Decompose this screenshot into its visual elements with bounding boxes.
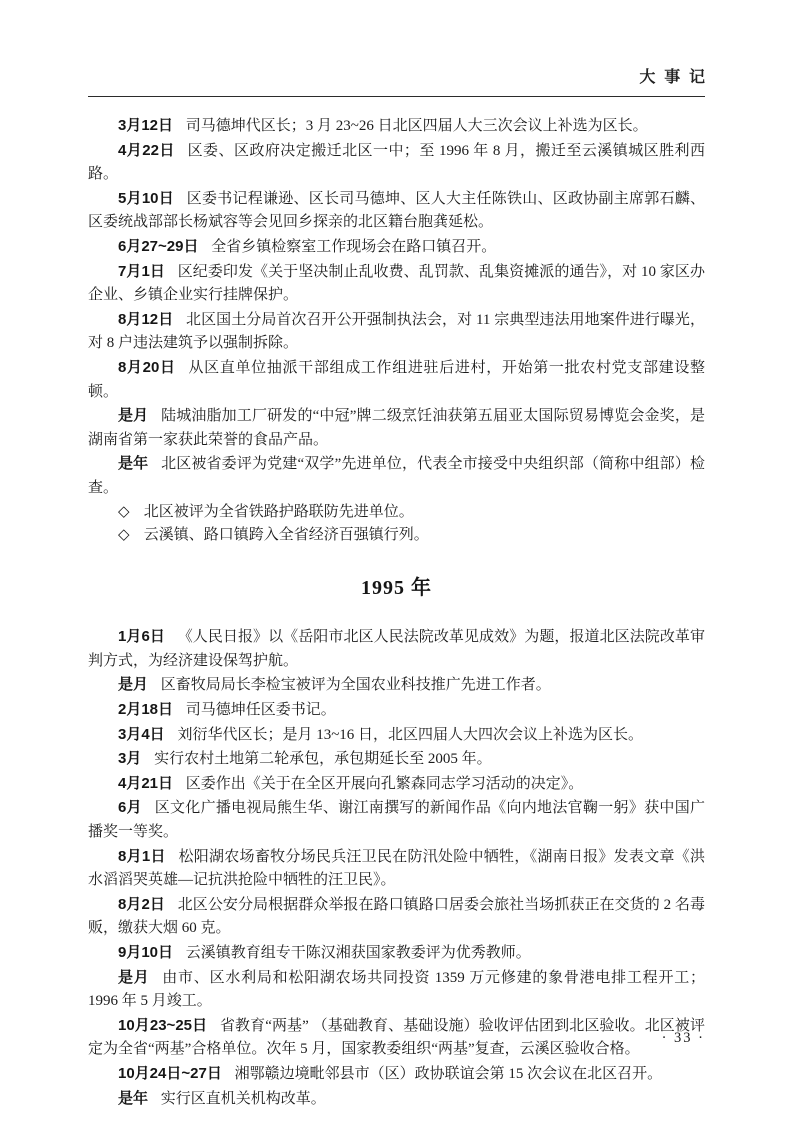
- entry-text: 区畜牧局局长李检宝被评为全国农业科技推广先进工作者。: [161, 677, 551, 693]
- entry-date-label: 是月: [118, 407, 148, 424]
- page-header: 大事记: [88, 64, 705, 97]
- chronicle-entry: 1月6日《人民日报》以《岳阳市北区人民法院改革见成效》为题，报道北区法院改革审判…: [88, 625, 705, 673]
- diamond-bullet: ◇: [118, 504, 130, 520]
- entry-text: 全省乡镇检察室工作现场会在路口镇召开。: [211, 239, 496, 255]
- entry-text: 司马德坤任区委书记。: [186, 702, 336, 718]
- chronicle-entry: 8月2日北区公安分局根据群众举报在路口镇路口居委会旅社当场抓获正在交货的 2 名…: [88, 893, 705, 941]
- entry-text: 湘鄂赣边境毗邻县市（区）政协联谊会第 15 次会议在北区召开。: [235, 1066, 663, 1082]
- entry-date-label: 4月21日: [118, 775, 173, 792]
- chronicle-entry: 5月10日区委书记程谦逊、区长司马德坤、区人大主任陈铁山、区政协副主席郭石麟、区…: [88, 187, 705, 235]
- entry-text: 从区直单位抽派干部组成工作组进驻后进村，开始第一批农村党支部建设整顿。: [88, 360, 705, 400]
- entry-text: 云溪镇、路口镇跨入全省经济百强镇行列。: [144, 527, 429, 543]
- entry-text: 区文化广播电视局熊生华、谢江南撰写的新闻作品《向内地法官鞠一躬》获中国广播奖一等…: [88, 800, 705, 840]
- entry-text: 实行农村土地第二轮承包，承包期延长至 2005 年。: [154, 751, 492, 767]
- chronicle-entry: 10月23~25日省教育“两基” （基础教育、基础设施）验收评估团到北区验收。北…: [88, 1014, 705, 1062]
- chronicle-entry: 是月由市、区水利局和松阳湖农场共同投资 1359 万元修建的象骨港电排工程开工；…: [88, 966, 705, 1014]
- chronicle-entry: 是月区畜牧局局长李检宝被评为全国农业科技推广先进工作者。: [88, 673, 705, 698]
- entry-date-label: 10月23~25日: [118, 1017, 207, 1034]
- entry-date-label: 是年: [118, 455, 148, 472]
- entry-date-label: 8月20日: [118, 359, 176, 376]
- entry-date-label: 5月10日: [118, 190, 174, 207]
- entry-text: 北区公安分局根据群众举报在路口镇路口居委会旅社当场抓获正在交货的 2 名毒贩，缴…: [88, 897, 705, 937]
- book-page: 大事记 3月12日司马德坤代区长；3 月 23~26 日北区四届人大三次会议上补…: [0, 0, 793, 1122]
- entry-text: 《人民日报》以《岳阳市北区人民法院改革见成效》为题，报道北区法院改革审判方式，为…: [88, 629, 705, 669]
- entry-text: 松阳湖农场畜牧分场民兵汪卫民在防汛处险中牺牲，《湖南日报》发表文章《洪水滔滔哭英…: [88, 849, 705, 889]
- entry-text: 区委作出《关于在全区开展向孔繁森同志学习活动的决定》。: [186, 776, 584, 792]
- chronicle-entry: 4月22日区委、区政府决定搬迁北区一中；至 1996 年 8 月，搬迁至云溪镇城…: [88, 139, 705, 187]
- entry-date-label: 3月12日: [118, 117, 173, 134]
- entry-date-label: 2月18日: [118, 701, 173, 718]
- entry-text: 陆城油脂加工厂研发的“中冠”牌二级烹饪油获第五届亚太国际贸易博览会金奖，是湖南省…: [88, 408, 705, 448]
- chronicle-entry: 8月20日从区直单位抽派干部组成工作组进驻后进村，开始第一批农村党支部建设整顿。: [88, 356, 705, 404]
- entry-text: 刘衍华代区长；是月 13~16 日，北区四届人大四次会议上补选为区长。: [177, 727, 643, 743]
- entry-date-label: 8月1日: [118, 848, 166, 865]
- entry-date-label: 8月12日: [118, 311, 173, 328]
- page-number: · 33 ·: [662, 1030, 705, 1047]
- chronicle-entry: ◇北区被评为全省铁路护路联防先进单位。: [88, 501, 705, 525]
- entry-text: 实行区直机关机构改革。: [161, 1091, 326, 1107]
- entry-date-label: 1月6日: [118, 628, 165, 645]
- entry-date-label: 是年: [118, 1090, 148, 1107]
- chronicle-entry: 是年北区被省委评为党建“双学”先进单位，代表全市接受中央组织部（简称中组部）检查…: [88, 452, 705, 500]
- chronicle-entry: 2月18日司马德坤任区委书记。: [88, 698, 705, 723]
- entry-text: 北区被省委评为党建“双学”先进单位，代表全市接受中央组织部（简称中组部）检查。: [88, 456, 705, 496]
- chronicle-entry: ◇云溪镇、路口镇跨入全省经济百强镇行列。: [88, 524, 705, 548]
- chronicle-entry: 10月24日~27日湘鄂赣边境毗邻县市（区）政协联谊会第 15 次会议在北区召开…: [88, 1062, 705, 1087]
- entry-date-label: 是月: [118, 969, 150, 986]
- entry-date-label: 3月4日: [118, 726, 165, 743]
- entry-date-label: 3月: [118, 750, 141, 767]
- entry-text: 由市、区水利局和松阳湖农场共同投资 1359 万元修建的象骨港电排工程开工；19…: [88, 970, 705, 1010]
- entry-date-label: 4月22日: [118, 142, 175, 159]
- entry-date-label: 8月2日: [118, 896, 165, 913]
- chronicle-entry: 9月10日云溪镇教育组专干陈汉湘获国家教委评为优秀教师。: [88, 941, 705, 966]
- running-head-title: 大事记: [639, 69, 713, 86]
- chronicle-entry: 是月陆城油脂加工厂研发的“中冠”牌二级烹饪油获第五届亚太国际贸易博览会金奖，是湖…: [88, 404, 705, 452]
- chronicle-body: 3月12日司马德坤代区长；3 月 23~26 日北区四届人大三次会议上补选为区长…: [88, 114, 705, 1111]
- chronicle-entry: 3月12日司马德坤代区长；3 月 23~26 日北区四届人大三次会议上补选为区长…: [88, 114, 705, 139]
- entry-text: 司马德坤代区长；3 月 23~26 日北区四届人大三次会议上补选为区长。: [186, 118, 648, 134]
- chronicle-entry: 6月区文化广播电视局熊生华、谢江南撰写的新闻作品《向内地法官鞠一躬》获中国广播奖…: [88, 796, 705, 844]
- chronicle-entry: 8月12日北区国土分局首次召开公开强制执法会，对 11 宗典型违法用地案件进行曝…: [88, 308, 705, 356]
- chronicle-entry: 6月27~29日全省乡镇检察室工作现场会在路口镇召开。: [88, 235, 705, 260]
- entry-text: 区委、区政府决定搬迁北区一中；至 1996 年 8 月，搬迁至云溪镇城区胜利西路…: [88, 143, 705, 183]
- diamond-bullet: ◇: [118, 527, 130, 543]
- entry-text: 北区国土分局首次召开公开强制执法会，对 11 宗典型违法用地案件进行曝光，对 8…: [88, 312, 705, 352]
- entry-date-label: 7月1日: [118, 263, 165, 280]
- chronicle-entry: 4月21日区委作出《关于在全区开展向孔繁森同志学习活动的决定》。: [88, 772, 705, 797]
- chronicle-entry: 7月1日区纪委印发《关于坚决制止乱收费、乱罚款、乱集资摊派的通告》，对 10 家…: [88, 260, 705, 308]
- entry-text: 区委书记程谦逊、区长司马德坤、区人大主任陈铁山、区政协副主席郭石麟、区委统战部部…: [88, 191, 705, 231]
- entry-date-label: 是月: [118, 676, 148, 693]
- chronicle-entry: 3月实行农村土地第二轮承包，承包期延长至 2005 年。: [88, 747, 705, 772]
- chronicle-entry: 8月1日松阳湖农场畜牧分场民兵汪卫民在防汛处险中牺牲，《湖南日报》发表文章《洪水…: [88, 845, 705, 893]
- entry-text: 区纪委印发《关于坚决制止乱收费、乱罚款、乱集资摊派的通告》，对 10 家区办企业…: [88, 264, 705, 304]
- entry-date-label: 6月27~29日: [118, 238, 198, 255]
- entry-date-label: 9月10日: [118, 944, 173, 961]
- year-heading: 1995 年: [88, 577, 705, 601]
- entry-text: 北区被评为全省铁路护路联防先进单位。: [144, 504, 414, 520]
- chronicle-entry: 3月4日刘衍华代区长；是月 13~16 日，北区四届人大四次会议上补选为区长。: [88, 723, 705, 748]
- entry-text: 云溪镇教育组专干陈汉湘获国家教委评为优秀教师。: [186, 945, 531, 961]
- chronicle-entry: 是年实行区直机关机构改革。: [88, 1087, 705, 1112]
- entry-date-label: 6月: [118, 799, 142, 816]
- entry-date-label: 10月24日~27日: [118, 1065, 222, 1082]
